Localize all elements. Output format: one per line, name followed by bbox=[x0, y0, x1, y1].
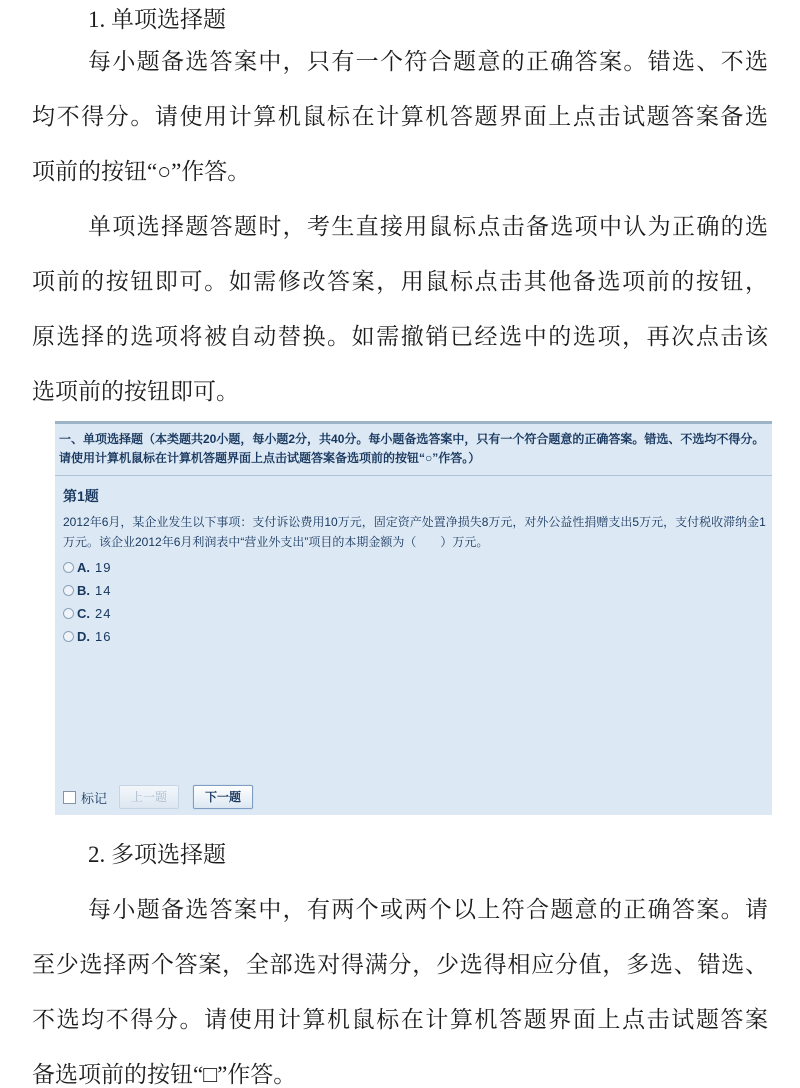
question-text: 2012年6月，某企业发生以下事项：支付诉讼费用10万元，固定资产处置净损失8万… bbox=[63, 512, 766, 552]
mark-label: 标记 bbox=[81, 788, 107, 807]
radio-icon[interactable] bbox=[63, 608, 74, 619]
para1-line3: 项前的按钮“○”作答。 bbox=[32, 156, 250, 188]
next-question-button[interactable]: 下一题 bbox=[193, 785, 253, 809]
section-instructions: 一、单项选择题（本类题共20小题，每小题2分，共40分。每小题备选答案中，只有一… bbox=[55, 424, 772, 476]
para1-line2: 均不得分。请使用计算机鼠标在计算机答题界面上点击试题答案备选 bbox=[32, 101, 768, 133]
option-value: 19 bbox=[95, 560, 111, 575]
option-value: 24 bbox=[95, 606, 111, 621]
option-d[interactable]: D. 16 bbox=[63, 629, 766, 643]
para3-line4: 备选项前的按钮“□”作答。 bbox=[32, 1059, 296, 1088]
para2-line4: 选项前的按钮即可。 bbox=[32, 376, 239, 408]
question-area: 第1题 2012年6月，某企业发生以下事项：支付诉讼费用10万元，固定资产处置净… bbox=[55, 476, 772, 643]
document-page: 1. 单项选择题 每小题备选答案中，只有一个符合题意的正确答案。错选、不选 均不… bbox=[0, 0, 800, 1088]
exam-toolbar: 标记 上一题 下一题 bbox=[63, 785, 267, 809]
mark-checkbox[interactable] bbox=[63, 791, 76, 804]
heading-single-choice: 1. 单项选择题 bbox=[88, 4, 226, 36]
exam-screenshot-panel: 一、单项选择题（本类题共20小题，每小题2分，共40分。每小题备选答案中，只有一… bbox=[55, 421, 772, 815]
radio-icon[interactable] bbox=[63, 562, 74, 573]
question-number: 第1题 bbox=[63, 486, 766, 506]
para3-line2: 至少选择两个答案，全部选对得满分，少选得相应分值，多选、错选、 bbox=[32, 949, 768, 981]
heading-multi-choice: 2. 多项选择题 bbox=[88, 839, 226, 871]
option-letter: B. bbox=[77, 583, 90, 598]
para2-line3: 原选择的选项将被自动替换。如需撤销已经选中的选项，再次点击该 bbox=[32, 321, 768, 353]
option-c[interactable]: C. 24 bbox=[63, 606, 766, 620]
radio-icon[interactable] bbox=[63, 585, 74, 596]
para3-line1: 每小题备选答案中，有两个或两个以上符合题意的正确答案。请 bbox=[88, 894, 768, 926]
option-value: 14 bbox=[95, 583, 111, 598]
option-letter: C. bbox=[77, 606, 90, 621]
para1-line1: 每小题备选答案中，只有一个符合题意的正确答案。错选、不选 bbox=[88, 46, 768, 78]
option-value: 16 bbox=[95, 629, 111, 644]
para2-line1: 单项选择题答题时，考生直接用鼠标点击备选项中认为正确的选 bbox=[88, 211, 768, 243]
para2-line2: 项前的按钮即可。如需修改答案，用鼠标点击其他备选项前的按钮， bbox=[32, 266, 768, 298]
prev-question-button[interactable]: 上一题 bbox=[119, 785, 179, 809]
option-a[interactable]: A. 19 bbox=[63, 560, 766, 574]
option-letter: D. bbox=[77, 629, 90, 644]
option-letter: A. bbox=[77, 560, 90, 575]
radio-icon[interactable] bbox=[63, 631, 74, 642]
para3-line3: 不选均不得分。请使用计算机鼠标在计算机答题界面上点击试题答案 bbox=[32, 1004, 768, 1036]
option-b[interactable]: B. 14 bbox=[63, 583, 766, 597]
